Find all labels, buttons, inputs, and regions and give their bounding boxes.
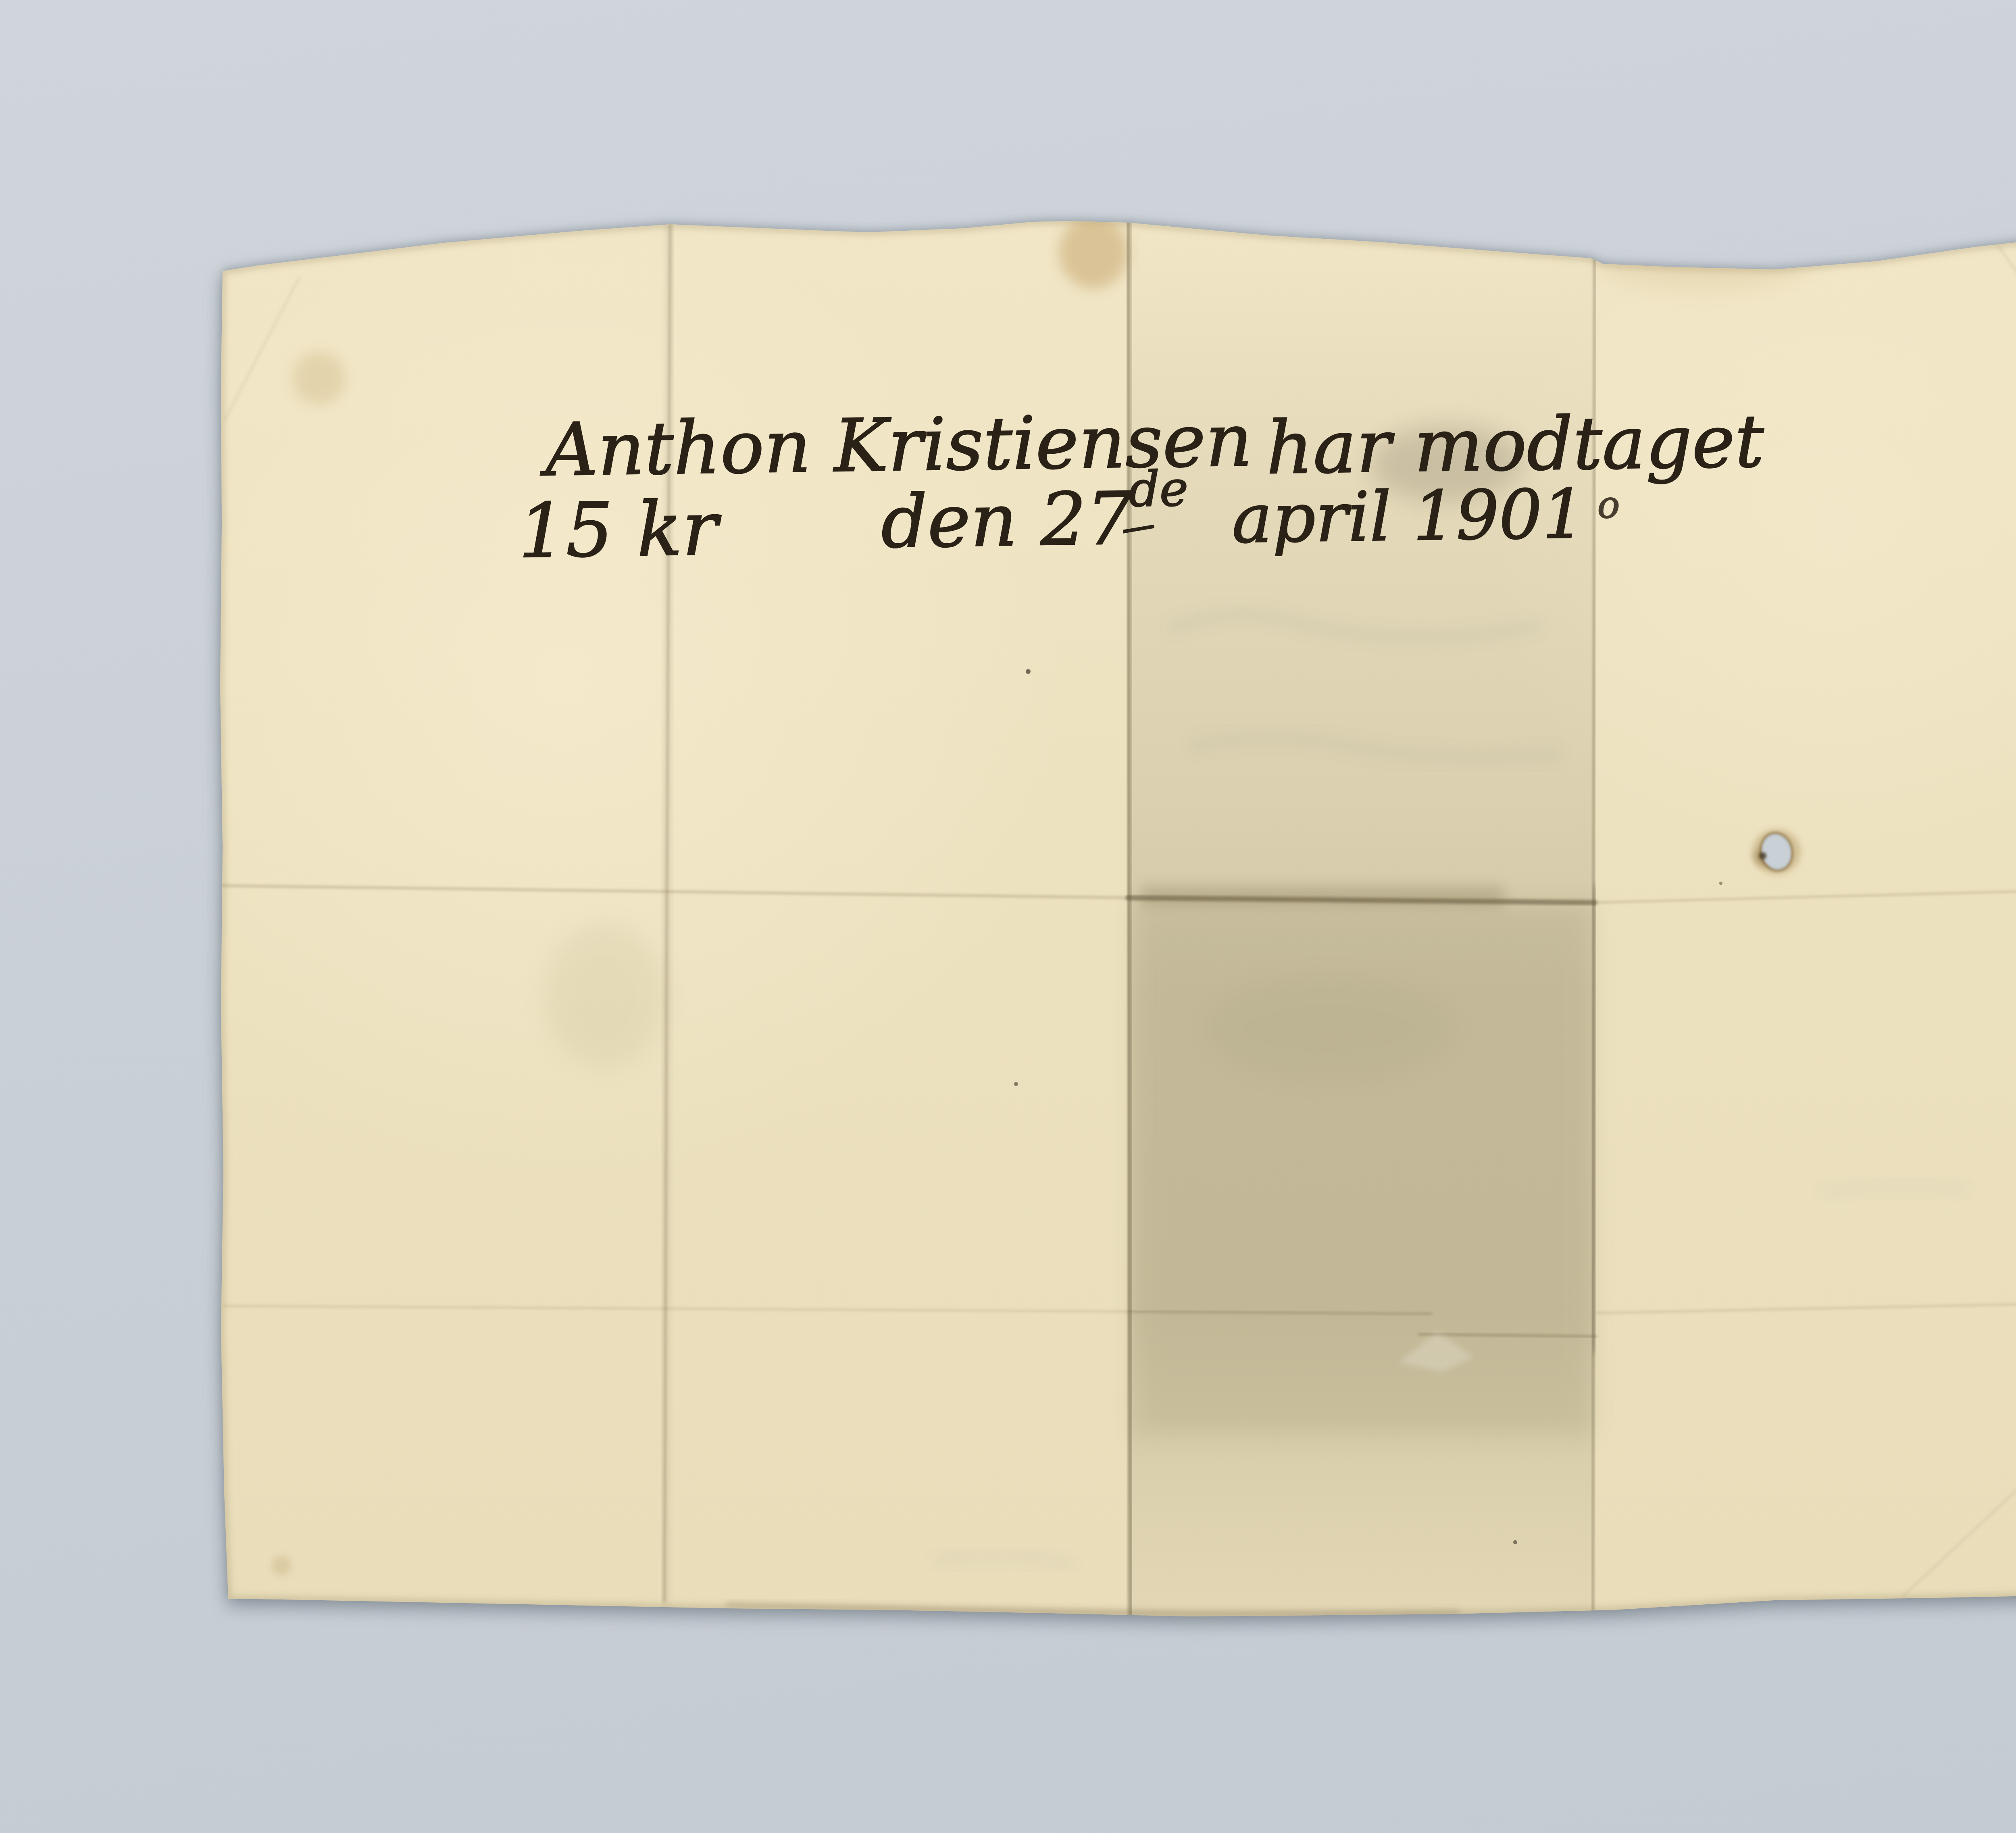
ordinal-superscript: de [1128,461,1189,518]
ink-flourish-mark: o [1597,483,1620,527]
scan-background: Anthon Kristiensen har modtaget 15 kr de… [0,0,2016,1833]
handwriting-month-year: april 1901 [1231,474,1586,558]
handwriting-amount: 15 kr [518,485,722,575]
punch-hole [1752,829,1801,874]
receipt-scan: Anthon Kristiensen har modtaget 15 kr de… [0,0,2016,1833]
handwriting-date-day: den 27 [881,477,1133,565]
